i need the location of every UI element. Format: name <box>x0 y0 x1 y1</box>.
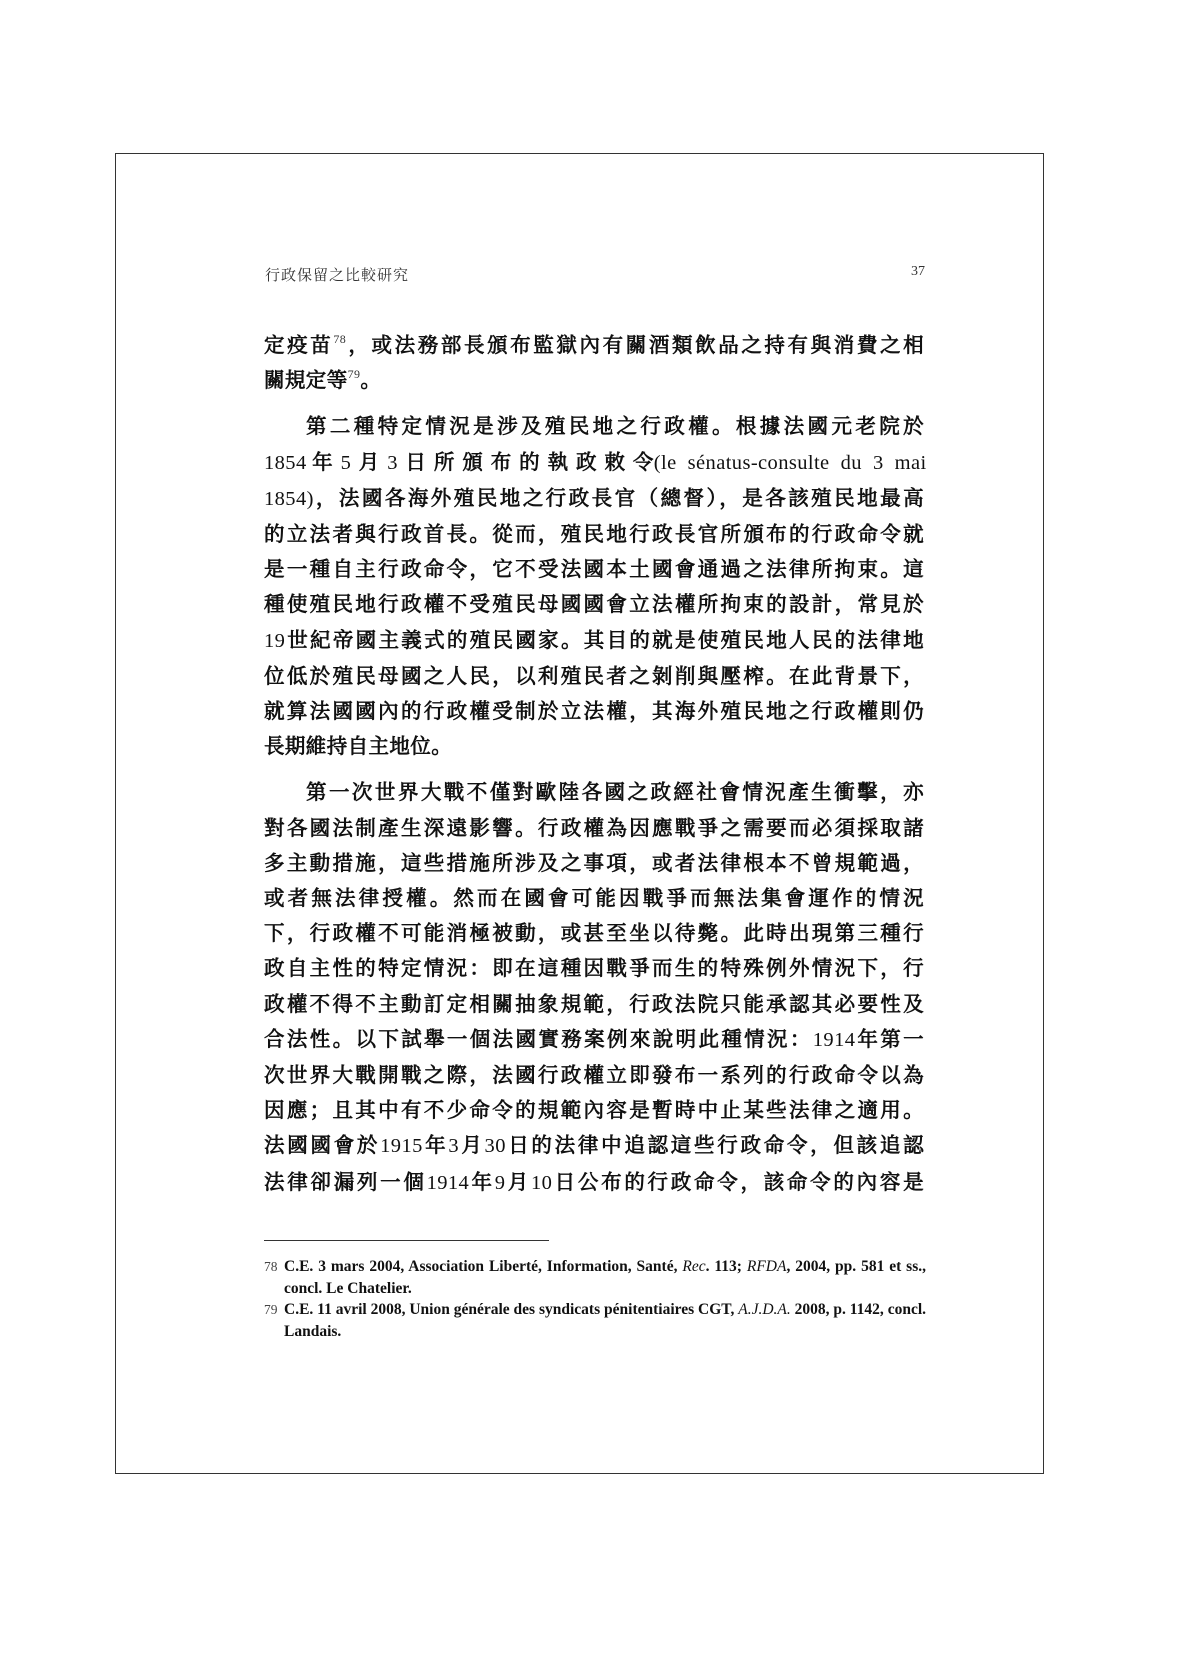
paragraph-3-line: 政自主性的特定情況：即在這種因戰爭而生的特殊例外情況下，行 <box>264 951 924 986</box>
text-latin: 1914 <box>427 1172 470 1194</box>
body-text: 定疫苗78，或法務部長頒布監獄內有關酒類飲品之持有與消費之相 關規定等79。 第… <box>264 328 924 1201</box>
paragraph-2: 第二種特定情況是涉及殖民地之行政權。根據法國元老院於 1854 年 5 月 3 … <box>264 409 924 764</box>
text-latin: 1915 <box>380 1135 423 1157</box>
paragraph-3-line: 第一次世界大戰不僅對歐陸各國之政經社會情況產生衝擊，亦 <box>264 775 924 810</box>
paragraph-2-line: 的立法者與行政首長。從而，殖民地行政長官所頒布的行政命令就 <box>264 517 924 552</box>
text-span: C.E. 11 avril 2008, Union générale des s… <box>284 1301 738 1318</box>
text-span: 關規定等 <box>264 368 348 392</box>
text-latin: 9 <box>495 1172 506 1194</box>
paragraph-2-line: 1854)，法國各海外殖民地之行政長官（總督），是各該殖民地最高 <box>264 481 924 517</box>
paragraph-3: 第一次世界大戰不僅對歐陸各國之政經社會情況產生衝擊，亦 對各國法制產生深遠影響。… <box>264 775 924 1200</box>
running-header: 行政保留之比較研究 37 <box>265 264 925 284</box>
text-latin: 10 <box>531 1172 552 1194</box>
paragraph-2-line: 第二種特定情況是涉及殖民地之行政權。根據法國元老院於 <box>264 409 924 444</box>
paragraph-2-line: 種使殖民地行政權不受殖民母國國會立法權所拘束的設計，常見於 <box>264 587 924 622</box>
paragraph-1-line-1: 定疫苗78，或法務部長頒布監獄內有關酒類飲品之持有與消費之相 <box>264 328 924 363</box>
text-latin: 30 <box>485 1135 506 1157</box>
footnote-number: 79 <box>264 1299 278 1321</box>
paragraph-2-line: 就算法國國內的行政權受制於立法權，其海外殖民地之行政權則仍 <box>264 694 924 729</box>
footnote-text: C.E. 11 avril 2008, Union générale des s… <box>284 1301 926 1340</box>
text-latin: 1854 <box>264 452 312 474</box>
text-latin: (le sénatus-consulte du 3 mai <box>654 452 927 474</box>
paragraph-2-line: 1854 年 5 月 3 日 所 頒 布 的 執 政 敕 令(le sénatu… <box>264 445 924 481</box>
text-span: 定疫苗 <box>264 333 333 357</box>
text-latin: 1854) <box>264 488 314 510</box>
paragraph-3-line: 法律卻漏列一個1914年9月10日公布的行政命令，該命令的內容是 <box>264 1165 924 1201</box>
paragraph-3-line: 法國國會於1915年3月30日的法律中追認這些行政命令，但該追認 <box>264 1128 924 1164</box>
paragraph-1: 定疫苗78，或法務部長頒布監獄內有關酒類飲品之持有與消費之相 關規定等79。 <box>264 328 924 398</box>
running-title: 行政保留之比較研究 <box>265 264 409 285</box>
footnote-text: C.E. 3 mars 2004, Association Liberté, I… <box>284 1258 926 1297</box>
footnote-79: 79 C.E. 11 avril 2008, Union générale de… <box>264 1299 926 1342</box>
footnote-separator <box>264 1240 549 1241</box>
text-latin: 3 <box>387 452 398 474</box>
paragraph-3-line: 或者無法律授權。然而在國會可能因戰爭而無法集會運作的情況 <box>264 881 924 916</box>
paragraph-3-line: 合法性。以下試舉一個法國實務案例來說明此種情況：1914年第一 <box>264 1022 924 1058</box>
text-span: 。 <box>360 368 381 392</box>
text-span: C.E. 3 mars 2004, Association Liberté, I… <box>284 1258 682 1275</box>
paragraph-2-line: 位低於殖民母國之人民，以利殖民者之剝削與壓榨。在此背景下， <box>264 659 924 694</box>
italic-citation: Rec <box>682 1258 705 1275</box>
paragraph-3-line: 多主動措施，這些措施所涉及之事項，或者法律根本不曾規範過， <box>264 846 924 881</box>
text-span: . 113; <box>706 1258 747 1275</box>
footnote-78: 78 C.E. 3 mars 2004, Association Liberté… <box>264 1256 926 1299</box>
paragraph-2-line: 長期維持自主地位。 <box>264 729 924 764</box>
paragraph-3-line: 對各國法制產生深遠影響。行政權為因應戰爭之需要而必須採取諸 <box>264 811 924 846</box>
footnote-ref-79[interactable]: 79 <box>348 367 361 381</box>
paragraph-2-line: 是一種自主行政命令，它不受法國本土國會通過之法律所拘束。這 <box>264 552 924 587</box>
text-span: ，或法務部長頒布監獄內有關酒類飲品之持有與消費之相 <box>346 333 924 357</box>
text-latin: 19 <box>264 630 285 652</box>
footnotes: 78 C.E. 3 mars 2004, Association Liberté… <box>264 1256 926 1342</box>
paragraph-3-line: 次世界大戰開戰之際，法國行政權立即發布一系列的行政命令以為 <box>264 1058 924 1093</box>
paragraph-2-line: 19世紀帝國主義式的殖民國家。其目的就是使殖民地人民的法律地 <box>264 623 924 659</box>
footnote-number: 78 <box>264 1256 278 1278</box>
italic-citation: A.J.D.A. <box>738 1301 791 1318</box>
paragraph-1-line-2: 關規定等79。 <box>264 363 924 398</box>
text-latin: 5 <box>341 452 352 474</box>
paragraph-3-line: 政權不得不主動訂定相關抽象規範，行政法院只能承認其必要性及 <box>264 987 924 1022</box>
text-latin: 3 <box>448 1135 459 1157</box>
page-number: 37 <box>911 264 925 280</box>
italic-citation: RFDA <box>747 1258 787 1275</box>
footnote-ref-78[interactable]: 78 <box>333 332 346 346</box>
paragraph-3-line: 因應；且其中有不少命令的規範內容是暫時中止某些法律之適用。 <box>264 1093 924 1128</box>
text-latin: 1914 <box>813 1029 856 1051</box>
paragraph-3-line: 下，行政權不可能消極被動，或甚至坐以待斃。此時出現第三種行 <box>264 916 924 951</box>
